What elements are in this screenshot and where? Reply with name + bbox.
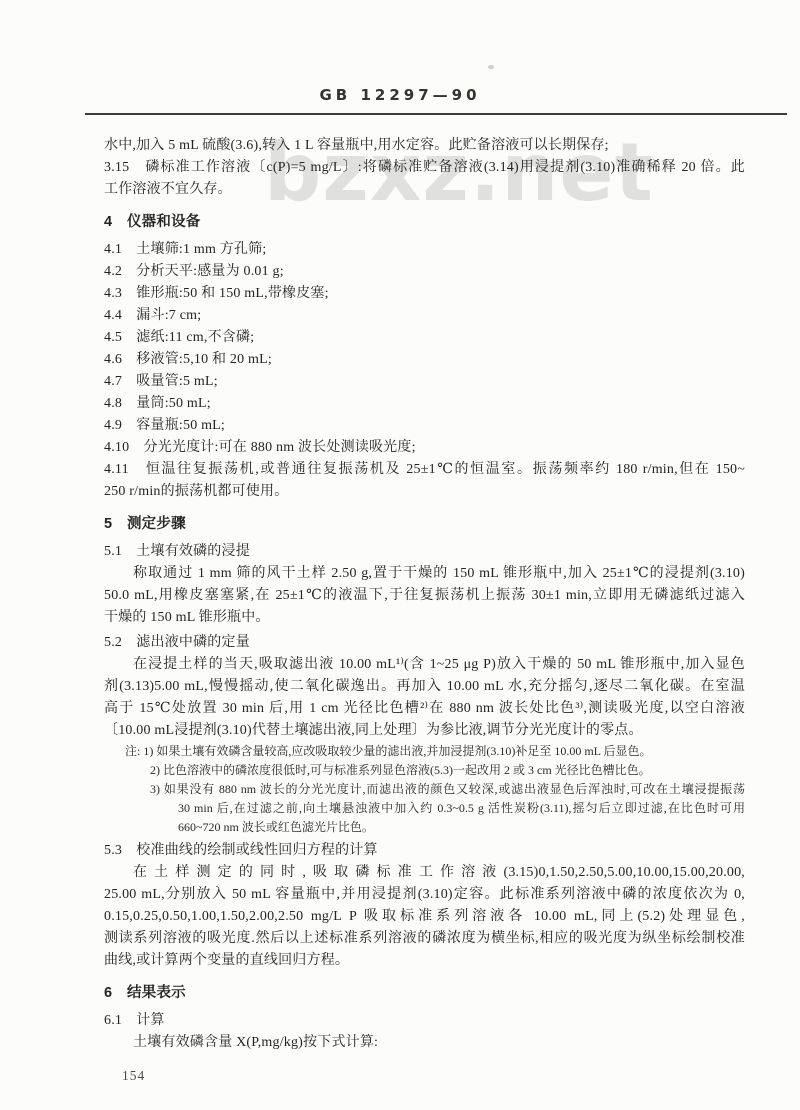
intro-line: 工作溶液不宜久存。 bbox=[104, 179, 745, 201]
paragraph-line: 干燥的 150 mL 锥形瓶中。 bbox=[104, 607, 745, 629]
paragraph-line: 在浸提土样的当天,吸取滤出液 10.00 mL¹⁾(含 1~25 μg P)放入… bbox=[104, 654, 745, 676]
note-line: 30 min 后,在过滤之前,向土壤悬浊液中加入约 0.3~0.5 g 活性炭粉… bbox=[104, 799, 745, 818]
paragraph-line: 0.15,0.25,0.50,1.00,1.50,2.00,2.50 mg/L … bbox=[104, 906, 745, 928]
paragraph-line: 剂(3.13)5.00 mL,慢慢摇动,使二氧化碳逸出。再加入 10.00 mL… bbox=[104, 676, 745, 698]
section5-heading: 5 测定步骤 bbox=[104, 513, 745, 535]
equipment-item: 4.2 分析天平:感量为 0.01 g; bbox=[104, 261, 745, 283]
equipment-item: 4.11 恒温往复振荡机,或普通往复振荡机及 25±1℃的恒温室。振荡频率约 1… bbox=[104, 459, 745, 481]
paragraph-line: 土壤有效磷含量 X(P,mg/kg)按下式计算: bbox=[104, 1032, 745, 1054]
equipment-item: 4.4 漏斗:7 cm; bbox=[104, 305, 745, 327]
intro-line: 3.15 磷标准工作溶液〔c(P)=5 mg/L〕:将磷标准贮备溶液(3.14)… bbox=[104, 157, 745, 179]
equipment-item: 4.8 量筒:50 mL; bbox=[104, 393, 745, 415]
paragraph-line: 测读系列溶液的吸光度.然后以上述标准系列溶液的磷浓度为横坐标,相应的吸光度为纵坐… bbox=[104, 928, 745, 950]
section4-heading: 4 仪器和设备 bbox=[104, 211, 745, 233]
section6-heading: 6 结果表示 bbox=[104, 982, 745, 1004]
scan-speck bbox=[488, 65, 494, 69]
equipment-item: 250 r/min的振荡机都可使用。 bbox=[104, 481, 745, 503]
equipment-item: 4.9 容量瓶:50 mL; bbox=[104, 415, 745, 437]
section5-2-heading: 5.2 滤出液中磷的定量 bbox=[104, 632, 745, 654]
note-line: 3) 如果没有 880 nm 波长的分光光度计,而滤出液的颜色又较深,或滤出液显… bbox=[104, 780, 745, 799]
paragraph-line: 50.0 mL,用橡皮塞塞紧,在 25±1℃的液温下,于往复振荡机上振荡 30±… bbox=[104, 585, 745, 607]
paragraph-line: 高于 15℃处放置 30 min 后,用 1 cm 光径比色槽²⁾在 880 n… bbox=[104, 698, 745, 720]
section6-1-heading: 6.1 计算 bbox=[104, 1010, 745, 1032]
equipment-item: 4.7 吸量管:5 mL; bbox=[104, 371, 745, 393]
standard-code-header: GB 12297—90 bbox=[0, 86, 800, 104]
document-body: 水中,加入 5 mL 硫酸(3.6),转入 1 L 容量瓶中,用水定容。此贮备溶… bbox=[104, 135, 745, 1054]
note-line: 2) 比色溶液中的磷浓度很低时,可与标准系列显色溶液(5.3)一起改用 2 或 … bbox=[104, 761, 745, 780]
section5-1-heading: 5.1 土壤有效磷的浸提 bbox=[104, 541, 745, 563]
note-line: 660~720 nm 波长或红色滤光片比色。 bbox=[104, 818, 745, 837]
header-rule bbox=[85, 113, 787, 115]
equipment-item: 4.3 锥形瓶:50 和 150 mL,带橡皮塞; bbox=[104, 283, 745, 305]
equipment-item: 4.10 分光光度计:可在 880 nm 波长处测读吸光度; bbox=[104, 437, 745, 459]
equipment-item: 4.1 土壤筛:1 mm 方孔筛; bbox=[104, 239, 745, 261]
note-line: 注: 1) 如果土壤有效磷含量较高,应改吸取较少量的滤出液,并加浸提剂(3.10… bbox=[104, 742, 745, 761]
paragraph-line: 曲线,或计算两个变量的直线回归方程。 bbox=[104, 950, 745, 972]
page-number: 154 bbox=[122, 1068, 145, 1084]
paragraph-line: 〔10.00 mL浸提剂(3.10)代替土壤滤出液,同上处理〕为参比液,调节分光… bbox=[104, 720, 745, 742]
paragraph-line: 在土样测定的同时,吸取磷标准工作溶液(3.15)0,1.50,2.50,5.00… bbox=[104, 862, 745, 884]
section5-3-heading: 5.3 校准曲线的绘制或线性回归方程的计算 bbox=[104, 840, 745, 862]
equipment-item: 4.6 移液管:5,10 和 20 mL; bbox=[104, 349, 745, 371]
paragraph-line: 称取通过 1 mm 筛的风干土样 2.50 g,置于干燥的 150 mL 锥形瓶… bbox=[104, 563, 745, 585]
document-page: bzxz.net GB 12297—90 水中,加入 5 mL 硫酸(3.6),… bbox=[0, 0, 800, 1110]
intro-line: 水中,加入 5 mL 硫酸(3.6),转入 1 L 容量瓶中,用水定容。此贮备溶… bbox=[104, 135, 745, 157]
equipment-item: 4.5 滤纸:11 cm,不含磷; bbox=[104, 327, 745, 349]
paragraph-line: 25.00 mL,分别放入 50 mL 容量瓶中,并用浸提剂(3.10)定容。此… bbox=[104, 884, 745, 906]
